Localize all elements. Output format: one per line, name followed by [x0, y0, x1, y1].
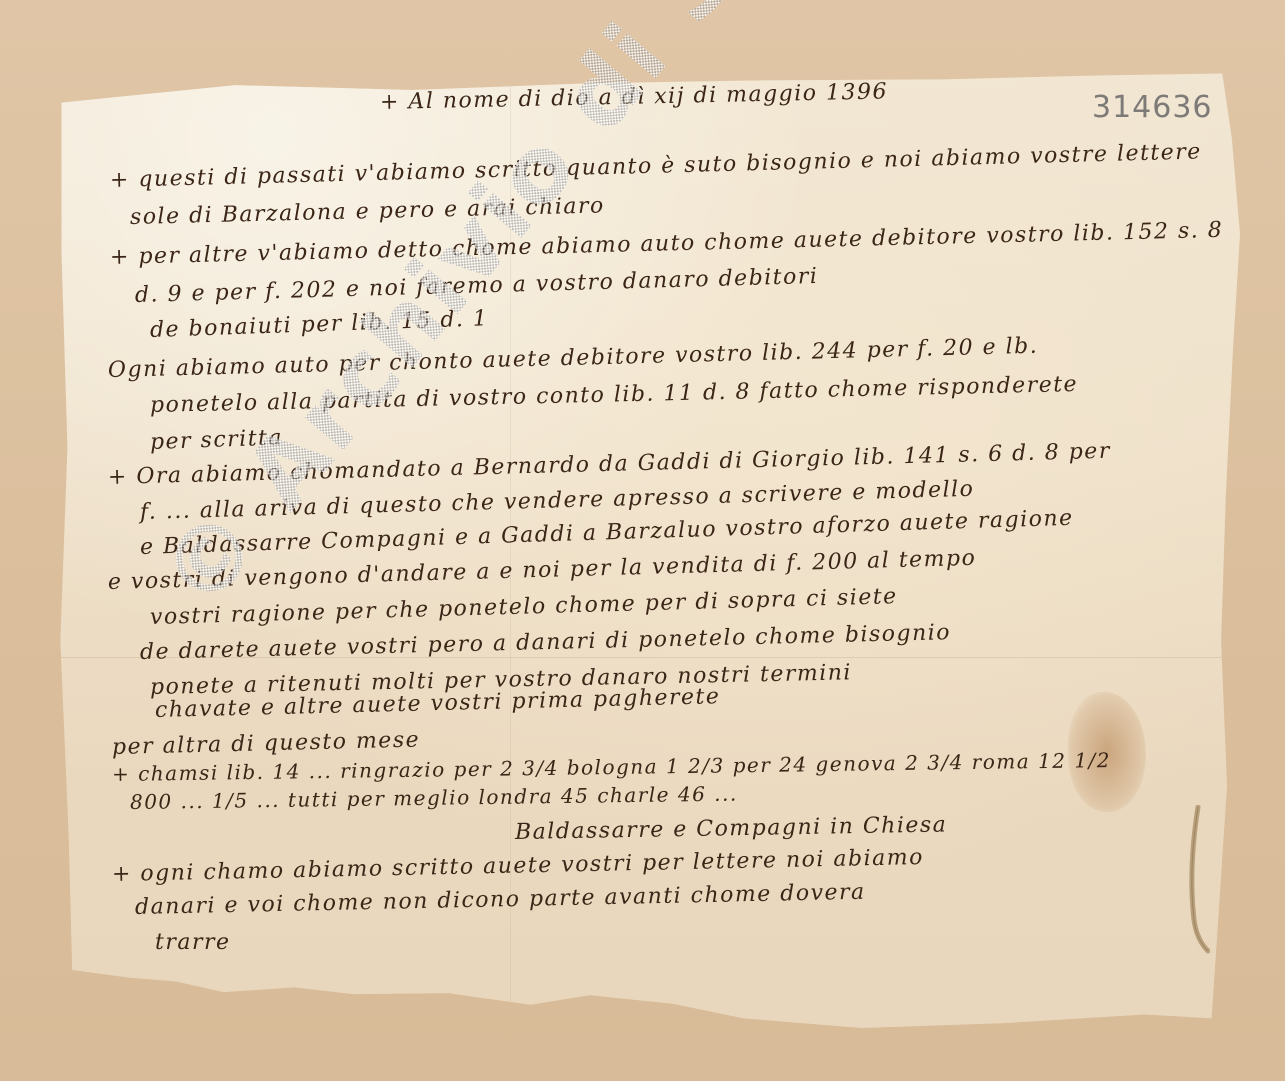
manuscript-line: trarre — [155, 930, 231, 955]
archive-number: 314636 — [1092, 90, 1213, 125]
binding-string — [1188, 805, 1210, 955]
manuscript-line: per scritta — [150, 425, 284, 455]
